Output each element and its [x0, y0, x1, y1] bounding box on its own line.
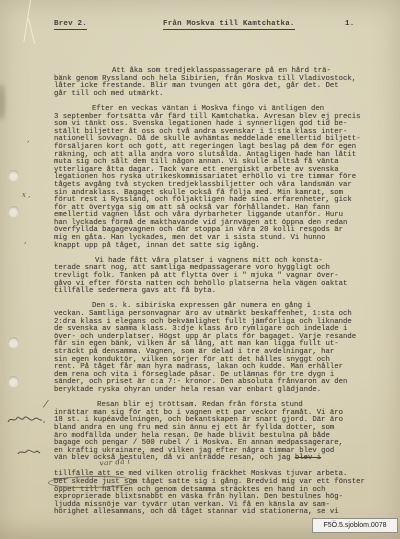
paragraph-1: Att åka som tredjeklasspassagerare på en… — [54, 68, 378, 98]
letter-body: Att åka som tredjeklasspassagerare på en… — [54, 68, 378, 525]
pencil-scribble-icon — [16, 446, 42, 458]
archive-label: F5Ö.5.sjoblom.0078 — [312, 518, 398, 533]
paragraph-3: Vi hade fått våra platser i vagnens mitt… — [54, 258, 378, 296]
paper-crease — [28, 18, 35, 43]
punch-hole — [8, 170, 19, 181]
punch-hole — [8, 337, 19, 348]
punch-hole — [8, 206, 19, 217]
pencil-scribble-icon — [6, 411, 46, 427]
edge-smudge — [0, 84, 5, 120]
punch-hole — [8, 376, 19, 387]
scanned-letter-page: Brev 2. Från Moskva till Kamtchatka. 1. … — [0, 0, 400, 539]
struck-text: blev i — [295, 454, 321, 462]
page-title: Från Moskva till Kamtchatka. — [163, 20, 295, 30]
paragraph-4: Den s. k. sibiriska expressen går numera… — [54, 303, 378, 394]
page-number: 1. — [345, 20, 354, 28]
paragraph-5: Resan blir ej tröttsam. Redan från först… — [54, 402, 378, 517]
pencil-x-mark: x , — [22, 191, 30, 199]
pencil-comma-mark: , — [24, 236, 27, 245]
pencil-slash-mark: / — [43, 399, 48, 410]
paragraph-2: Efter en veckas väntan i Moskva fingo vi… — [54, 106, 378, 250]
paper-crease — [23, 0, 31, 42]
letter-number: Brev 2. — [54, 20, 87, 30]
pencil-tick-mark: ʹ — [25, 140, 30, 149]
